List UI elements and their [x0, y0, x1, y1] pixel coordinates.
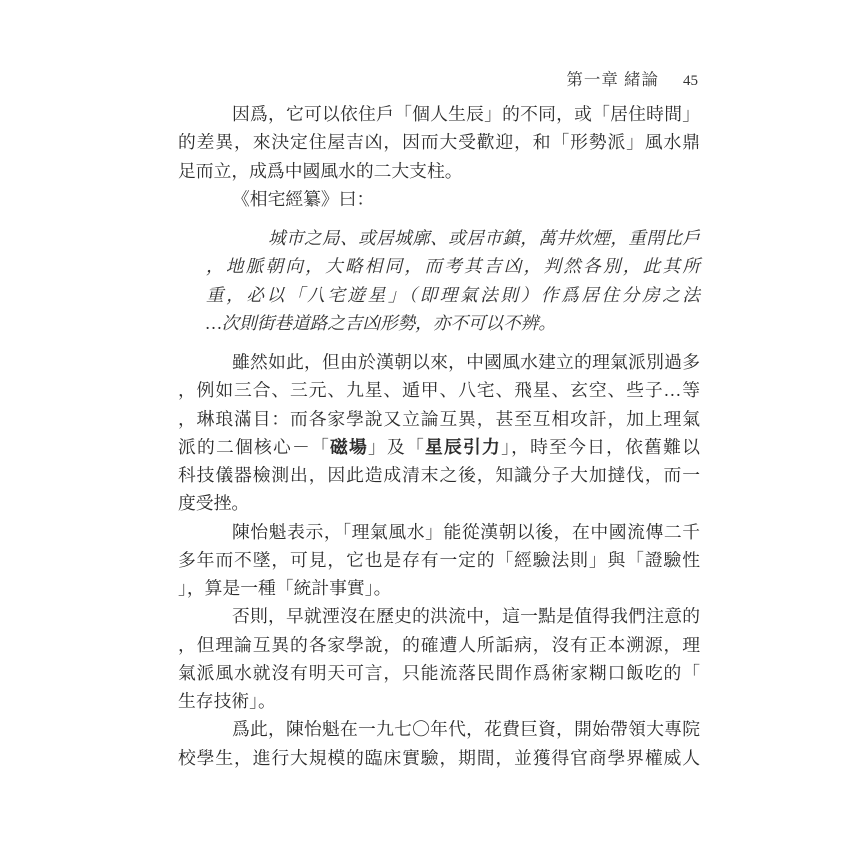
text-line: 足而立，成爲中國風水的二大支柱。	[178, 157, 700, 185]
text-line: 氣派風水就沒有明天可言，只能流落民間作爲術家糊口飯吃的「	[178, 659, 700, 687]
book-page: 第一章 緒論 45 因爲，它可以依住戶「個人生辰」的不同，或「居住時間」的差異，…	[0, 0, 850, 850]
text-line: 否則，早就湮沒在歷史的洪流中，這一點是值得我們注意的	[178, 602, 700, 630]
text-line: …次則街巷道路之吉凶形勢，亦不可以不辨。	[206, 309, 700, 337]
text-line: 的差異，來決定住屋吉凶，因而大受歡迎，和「形勢派」風水鼎	[178, 128, 700, 156]
text-column: 因爲，它可以依住戶「個人生辰」的不同，或「居住時間」的差異，來決定住屋吉凶，因而…	[178, 100, 700, 772]
chapter-title: 第一章 緒論	[566, 66, 659, 90]
text-line: 爲此，陳怡魁在一九七〇年代，花費巨資，開始帶領大專院	[178, 715, 700, 743]
text-line: 城市之局、或居城廓、或居市鎮，萬井炊煙，重閈比戶	[206, 224, 700, 252]
running-header: 第一章 緒論 45	[0, 66, 698, 88]
text-line: ，琳琅滿目：而各家學說又立論互異，甚至互相攻訐，加上理氣	[178, 405, 700, 433]
text-line: 科技儀器檢測出，因此造成清末之後，知識分子大加撻伐，而一	[178, 461, 700, 489]
text-line: ，但理論互異的各家學說，的確遭人所詬病，沒有正本溯源，理	[178, 631, 700, 659]
text-line: 因爲，它可以依住戶「個人生辰」的不同，或「居住時間」	[178, 100, 700, 128]
text-line: ，地脈朝向，大略相同，而考其吉凶，判然各別，此其所	[206, 252, 700, 280]
text-line: 」，算是一種「統計事實」。	[178, 574, 700, 602]
paragraph: 《相宅經纂》曰：	[178, 185, 700, 213]
text-line: 雖然如此，但由於漢朝以來，中國風水建立的理氣派別過多	[178, 348, 700, 376]
text-line: 多年而不墜，可見，它也是存有一定的「經驗法則」與「證驗性	[178, 546, 700, 574]
text-line: 重，必以「八宅遊星」（即理氣法則）作爲居住分房之法	[206, 281, 700, 309]
text-line: 生存技術」。	[178, 687, 700, 715]
text-line: 陳怡魁表示，「理氣風水」能從漢朝以後，在中國流傳二千	[178, 518, 700, 546]
paragraph: 否則，早就湮沒在歷史的洪流中，這一點是值得我們注意的，但理論互異的各家學說，的確…	[178, 602, 700, 715]
paragraph: 爲此，陳怡魁在一九七〇年代，花費巨資，開始帶領大專院校學生，進行大規模的臨床實驗…	[178, 715, 700, 772]
paragraph: 陳怡魁表示，「理氣風水」能從漢朝以後，在中國流傳二千多年而不墜，可見，它也是存有…	[178, 518, 700, 603]
text-line: 《相宅經纂》曰：	[178, 185, 700, 213]
paragraph: 雖然如此，但由於漢朝以來，中國風水建立的理氣派別過多，例如三合、三元、九星、遁甲…	[178, 348, 700, 518]
quotation-block: 城市之局、或居城廓、或居市鎮，萬井炊煙，重閈比戶，地脈朝向，大略相同，而考其吉凶…	[206, 224, 700, 337]
page-number: 45	[683, 73, 698, 90]
text-line: 度受挫。	[178, 489, 700, 517]
text-line: 校學生，進行大規模的臨床實驗，期間，並獲得官商學界權威人	[178, 744, 700, 772]
text-line: 派的二個核心－「磁場」及「星辰引力」，時至今日，依舊難以	[178, 433, 700, 461]
text-line: ，例如三合、三元、九星、遁甲、八宅、飛星、玄空、些子…等	[178, 376, 700, 404]
paragraph: 因爲，它可以依住戶「個人生辰」的不同，或「居住時間」的差異，來決定住屋吉凶，因而…	[178, 100, 700, 185]
